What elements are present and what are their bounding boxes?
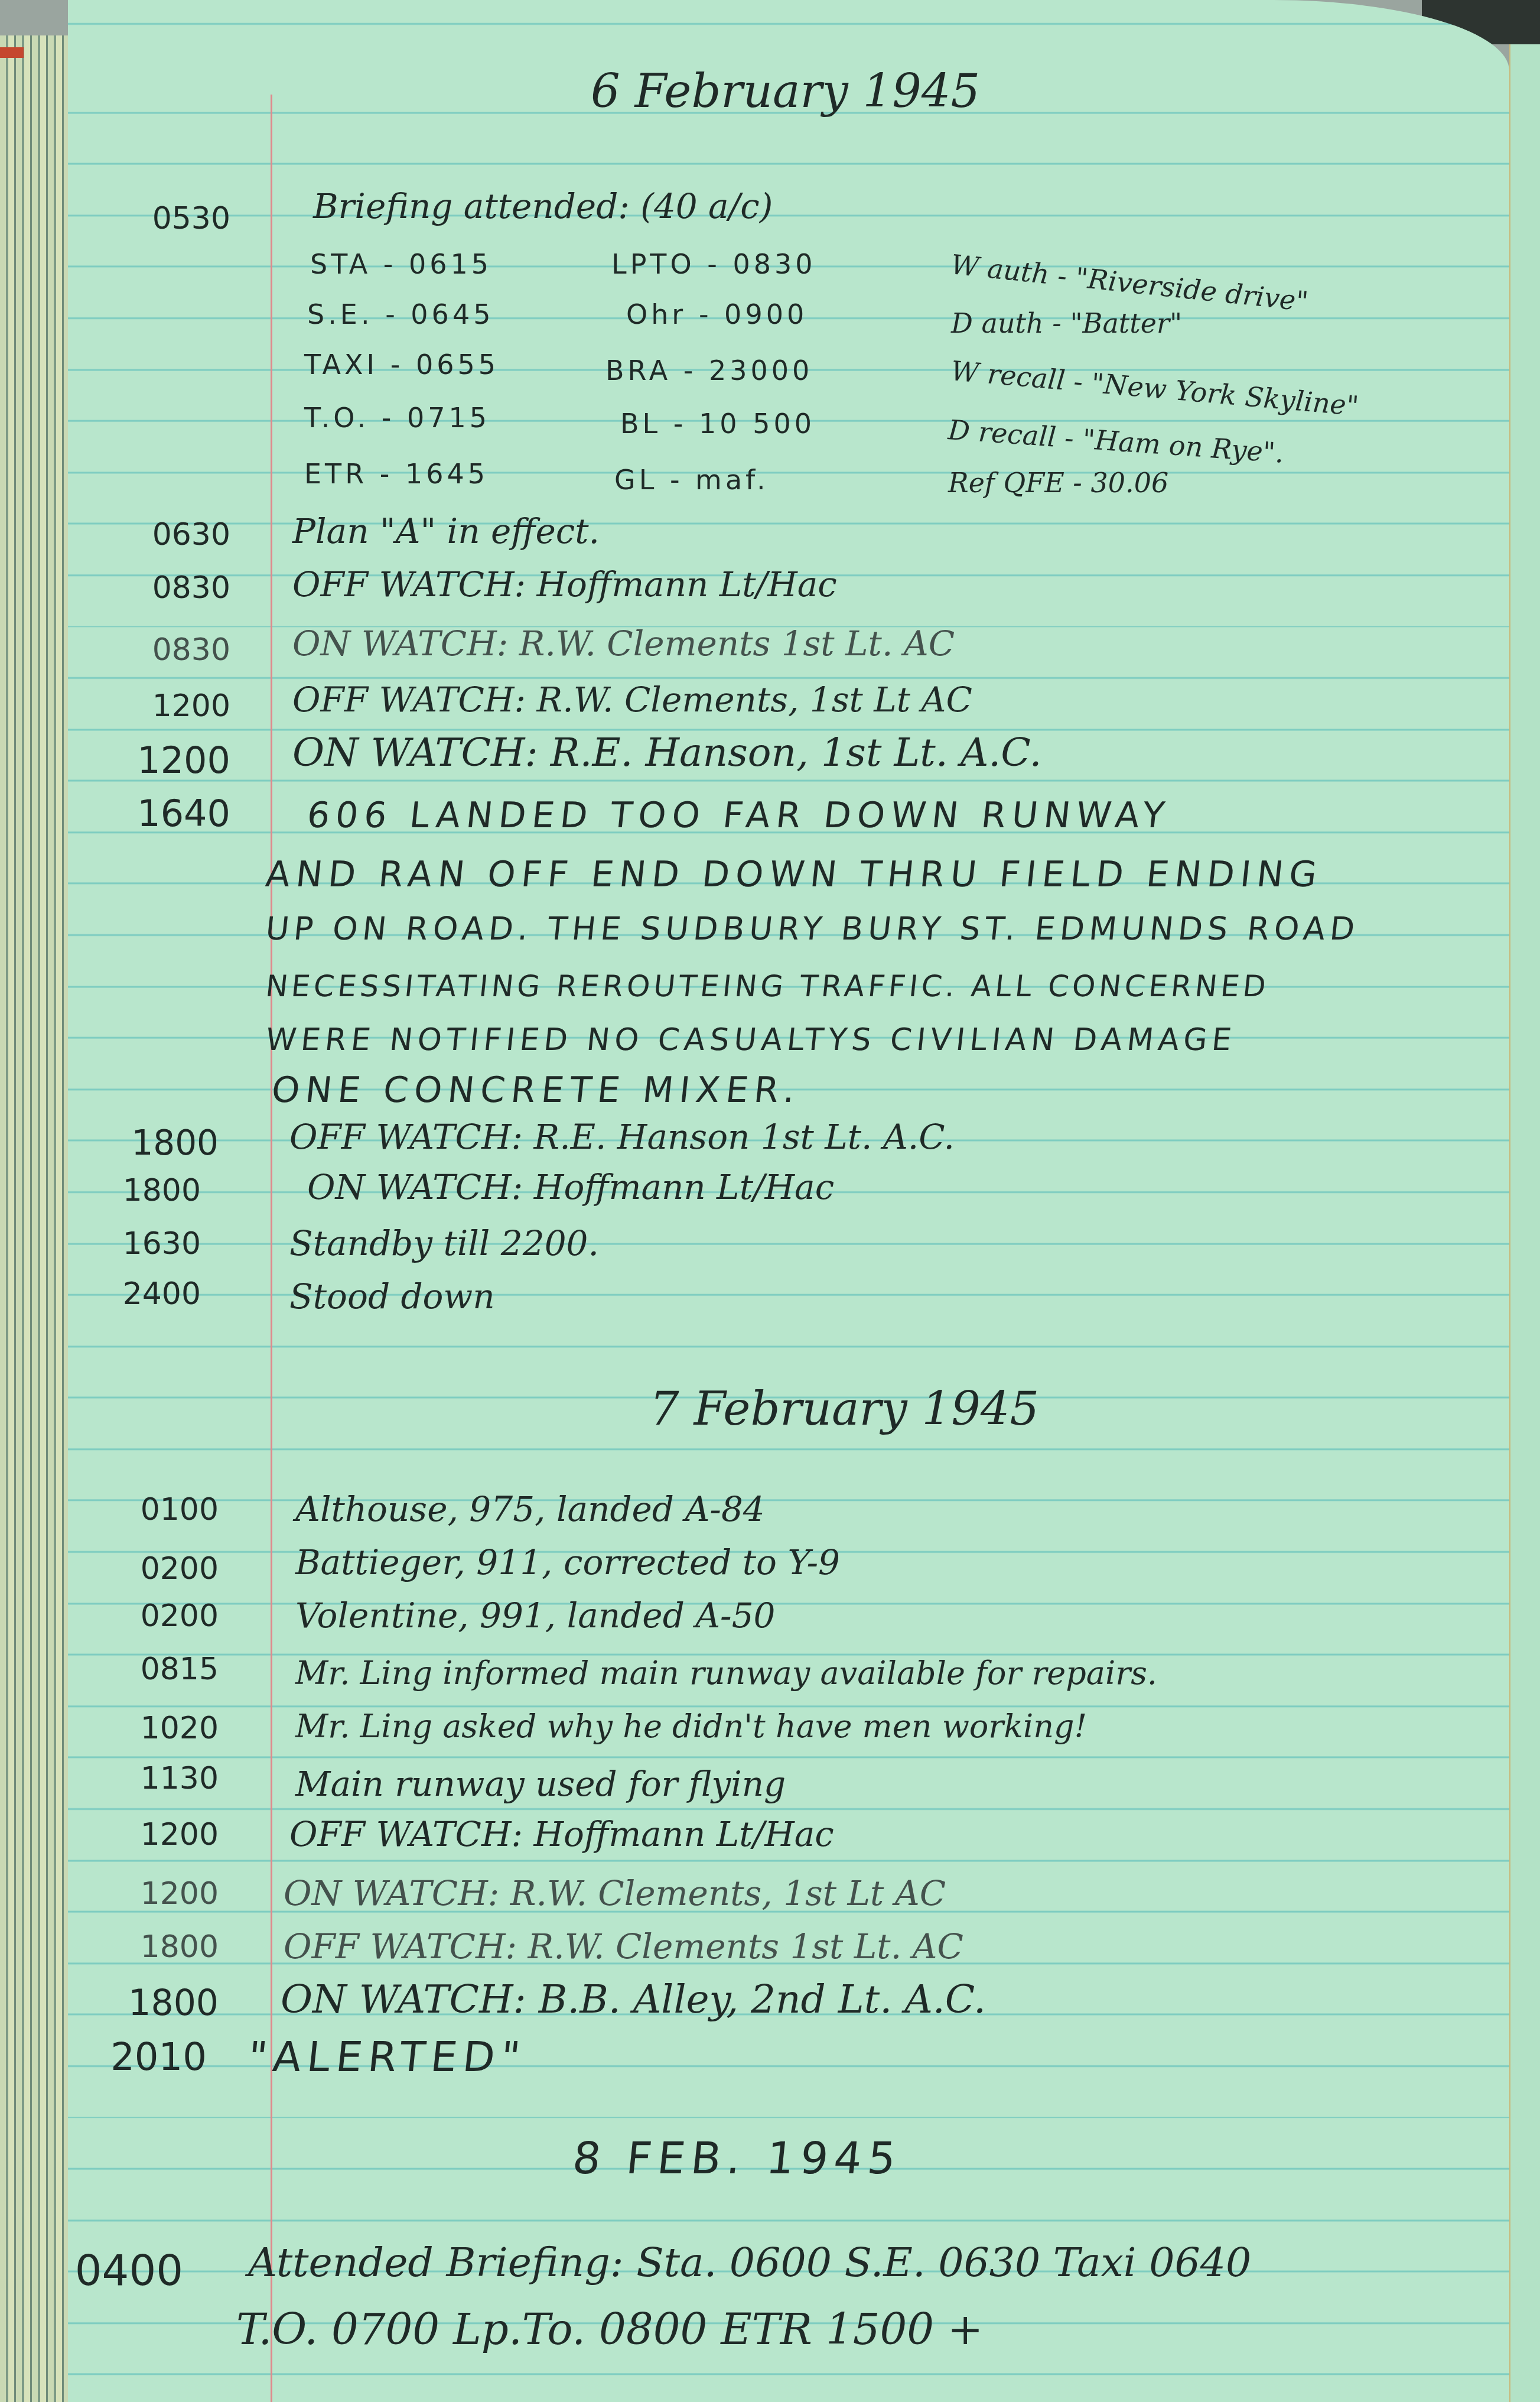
entry-time: 0530 bbox=[118, 201, 230, 236]
log-entry: Attended Briefing: Sta. 0600 S.E. 0630 T… bbox=[248, 2240, 1251, 2286]
entry-time: 0830 bbox=[118, 632, 230, 668]
briefing-item: LPTO - 0830 bbox=[611, 248, 816, 280]
facing-page-edge bbox=[1509, 44, 1540, 2402]
incident-line: AND RAN OFF END DOWN THRU FIELD ENDING bbox=[263, 854, 1324, 895]
briefing-item: D auth - "Batter" bbox=[951, 307, 1182, 339]
briefing-title: Briefing attended: (40 a/c) bbox=[313, 186, 773, 226]
log-entry: Battieger, 911, corrected to Y-9 bbox=[295, 1542, 840, 1582]
briefing-item: T.O. - 0715 bbox=[304, 402, 490, 434]
entry-time: 1200 bbox=[118, 739, 230, 782]
briefing-item: BRA - 23000 bbox=[605, 355, 813, 386]
log-entry: T.O. 0700 Lp.To. 0800 ETR 1500 + bbox=[236, 2305, 983, 2354]
entry-time: 0400 bbox=[47, 2245, 183, 2295]
briefing-item: Ref QFE - 30.06 bbox=[948, 467, 1168, 499]
log-entry-signature: ON WATCH: R.W. Clements 1st Lt. AC bbox=[292, 623, 955, 664]
book-cover-edge bbox=[0, 47, 24, 58]
log-entry-signature: ON WATCH: B.B. Alley, 2nd Lt. A.C. bbox=[281, 1977, 986, 2022]
entry-time: 1200 bbox=[118, 688, 230, 724]
log-entry: Volentine, 991, landed A-50 bbox=[295, 1595, 775, 1636]
entry-time: 1640 bbox=[118, 792, 230, 835]
log-entry-signature: OFF WATCH: R.E. Hanson 1st Lt. A.C. bbox=[289, 1117, 955, 1157]
log-entry-signature: OFF WATCH: R.W. Clements 1st Lt. AC bbox=[284, 1926, 963, 1967]
incident-line: NECESSITATING REROUTEING TRAFFIC. ALL CO… bbox=[264, 969, 1271, 1003]
entry-time: 0200 bbox=[106, 1598, 219, 1634]
entry-time: 0815 bbox=[106, 1652, 219, 1687]
log-entry-signature: ON WATCH: Hoffmann Lt/Hac bbox=[307, 1167, 834, 1207]
briefing-item: S.E. - 0645 bbox=[307, 298, 494, 330]
entry-time: 0100 bbox=[106, 1492, 219, 1527]
log-entry-signature: OFF WATCH: Hoffmann Lt/Hac bbox=[292, 564, 837, 604]
briefing-item: ETR - 1645 bbox=[304, 458, 489, 490]
incident-line: UP ON ROAD. THE SUDBURY BURY ST. EDMUNDS… bbox=[264, 910, 1362, 947]
log-entry: Althouse, 975, landed A-84 bbox=[295, 1489, 765, 1529]
log-entry: Plan "A" in effect. bbox=[292, 511, 600, 551]
entry-time: 0630 bbox=[118, 517, 230, 552]
briefing-item: TAXI - 0655 bbox=[304, 349, 499, 381]
log-entry-signature: ON WATCH: R.W. Clements, 1st Lt AC bbox=[284, 1873, 946, 1913]
log-entry: Standby till 2200. bbox=[289, 1223, 599, 1263]
entry-time: 2400 bbox=[89, 1276, 201, 1312]
log-entry-signature: OFF WATCH: Hoffmann Lt/Hac bbox=[289, 1814, 834, 1854]
log-entry: Mr. Ling informed main runway available … bbox=[295, 1655, 1157, 1692]
log-entry-signature: ON WATCH: R.E. Hanson, 1st Lt. A.C. bbox=[292, 730, 1041, 775]
book-page-edges bbox=[0, 35, 71, 2402]
log-entry: Main runway used for flying bbox=[295, 1764, 786, 1804]
incident-line: WERE NOTIFIED NO CASUALTYS CIVILIAN DAMA… bbox=[264, 1022, 1238, 1058]
date-heading-6-feb: 6 February 1945 bbox=[591, 65, 980, 118]
entry-time: 1130 bbox=[106, 1761, 219, 1796]
entry-time: 1200 bbox=[106, 1817, 219, 1852]
entry-time: 2010 bbox=[95, 2036, 207, 2079]
date-heading-8-feb: 8 FEB. 1945 bbox=[570, 2133, 904, 2184]
entry-time: 1800 bbox=[106, 1929, 219, 1965]
log-entry: Mr. Ling asked why he didn't have men wo… bbox=[295, 1708, 1087, 1745]
entry-time: 0830 bbox=[118, 570, 230, 606]
briefing-item: BL - 10 500 bbox=[620, 408, 815, 440]
entry-time: 1800 bbox=[106, 1123, 219, 1163]
alerted-entry: "ALERTED" bbox=[246, 2033, 529, 2081]
briefing-item: GL - maf. bbox=[614, 464, 769, 496]
entry-time: 1630 bbox=[89, 1226, 201, 1262]
entry-time: 1200 bbox=[106, 1876, 219, 1912]
incident-line: ONE CONCRETE MIXER. bbox=[269, 1070, 803, 1111]
briefing-item: Ohr - 0900 bbox=[626, 298, 808, 330]
entry-time: 1800 bbox=[106, 1982, 219, 2024]
entry-time: 1800 bbox=[89, 1173, 201, 1208]
entry-time: 0200 bbox=[106, 1551, 219, 1587]
log-entry: Stood down bbox=[289, 1276, 495, 1317]
incident-line: 606 LANDED TOO FAR DOWN RUNWAY bbox=[305, 795, 1172, 836]
briefing-item: STA - 0615 bbox=[310, 248, 492, 280]
log-entry-signature: OFF WATCH: R.W. Clements, 1st Lt AC bbox=[292, 680, 972, 720]
entry-time: 1020 bbox=[106, 1711, 219, 1746]
date-heading-7-feb: 7 February 1945 bbox=[650, 1383, 1039, 1436]
